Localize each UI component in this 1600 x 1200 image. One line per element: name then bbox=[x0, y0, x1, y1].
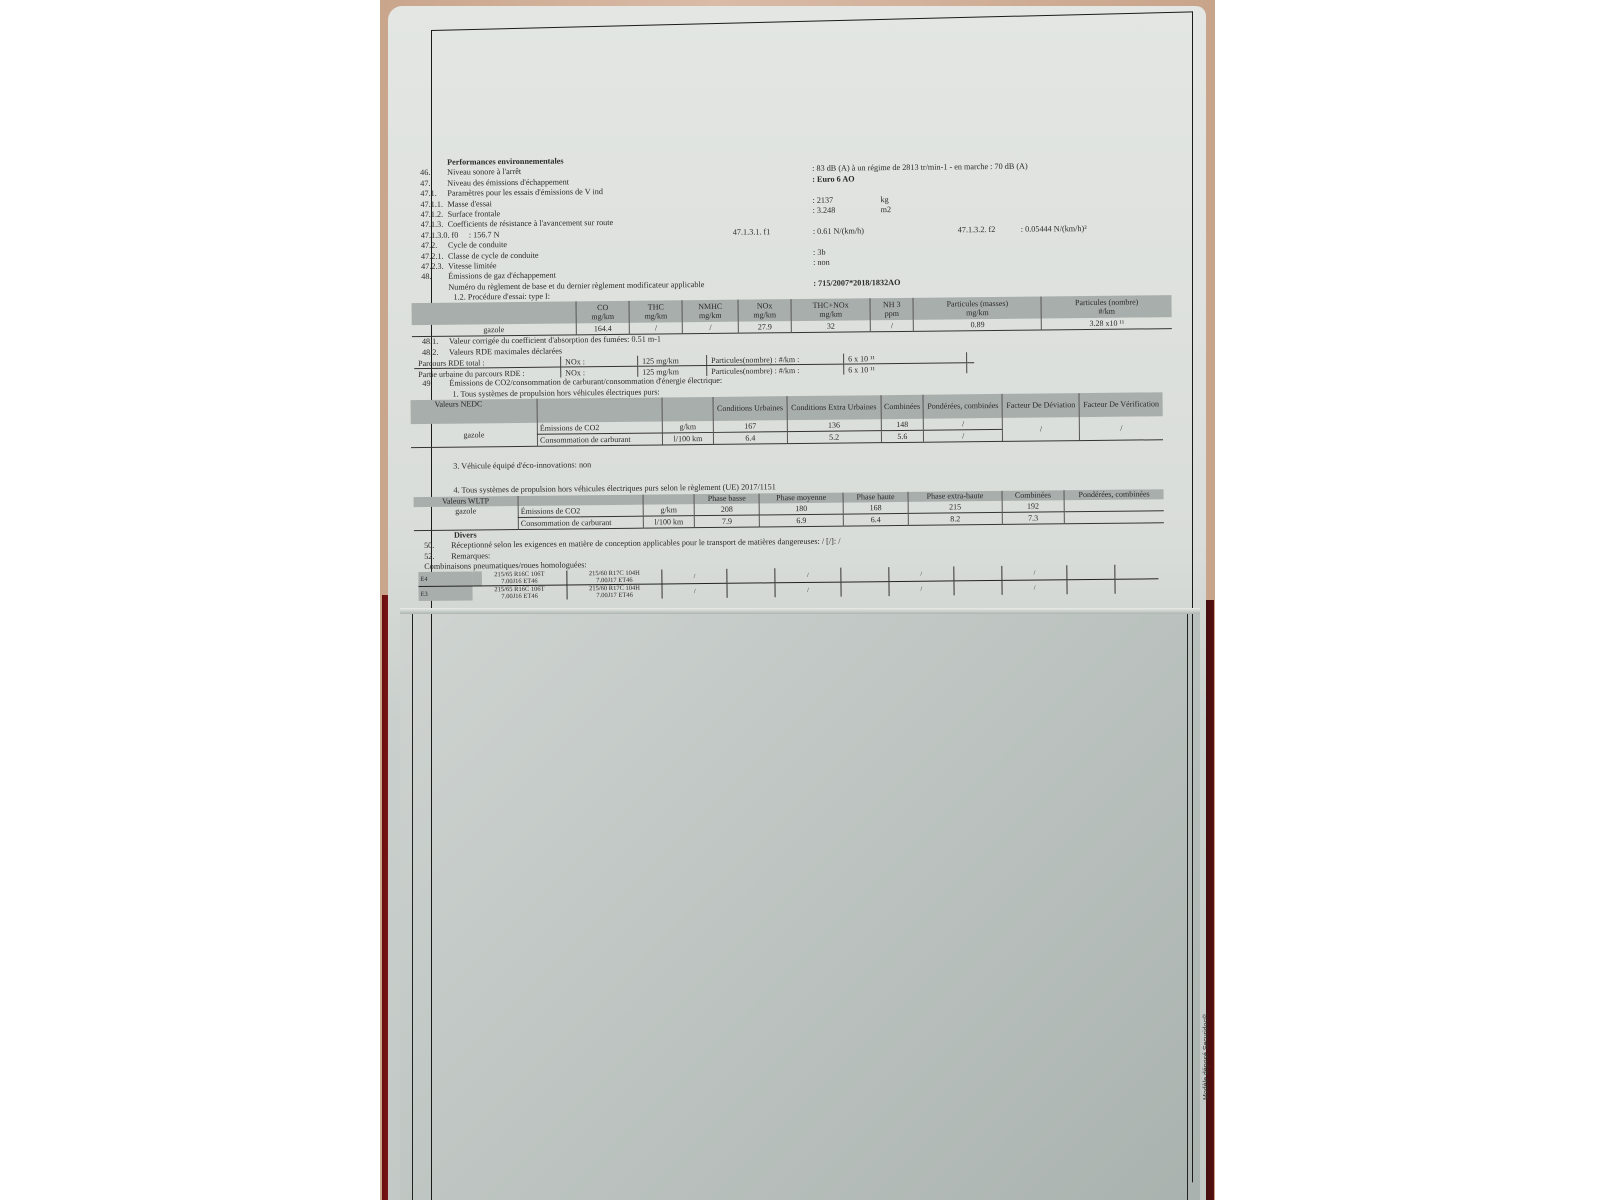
emissions-col-header: NMHCmg/km bbox=[682, 300, 738, 323]
nedc-table: Valeurs NEDC Conditions Urbaines Conditi… bbox=[411, 392, 1163, 448]
emissions-col-header: THCmg/km bbox=[629, 301, 682, 324]
emissions-col-header: NOxmg/km bbox=[738, 300, 791, 323]
emissions-col-header: THC+NOxmg/km bbox=[791, 299, 870, 322]
emissions-col-header: COmg/km bbox=[576, 301, 629, 324]
securidoc-watermark: Modèle déposé Securidoc® bbox=[1203, 1014, 1210, 1100]
fold-line bbox=[400, 608, 1200, 614]
emissions-col-header: Particules (nombre)#/km bbox=[1041, 296, 1172, 319]
document-content: Performances environnementales 46. Nivea… bbox=[420, 150, 1185, 601]
document-frame-bottom bbox=[412, 612, 1188, 1200]
emissions-col-header: Particules (masses)mg/km bbox=[913, 297, 1041, 320]
emissions-col-header: NH 3ppm bbox=[870, 298, 914, 320]
